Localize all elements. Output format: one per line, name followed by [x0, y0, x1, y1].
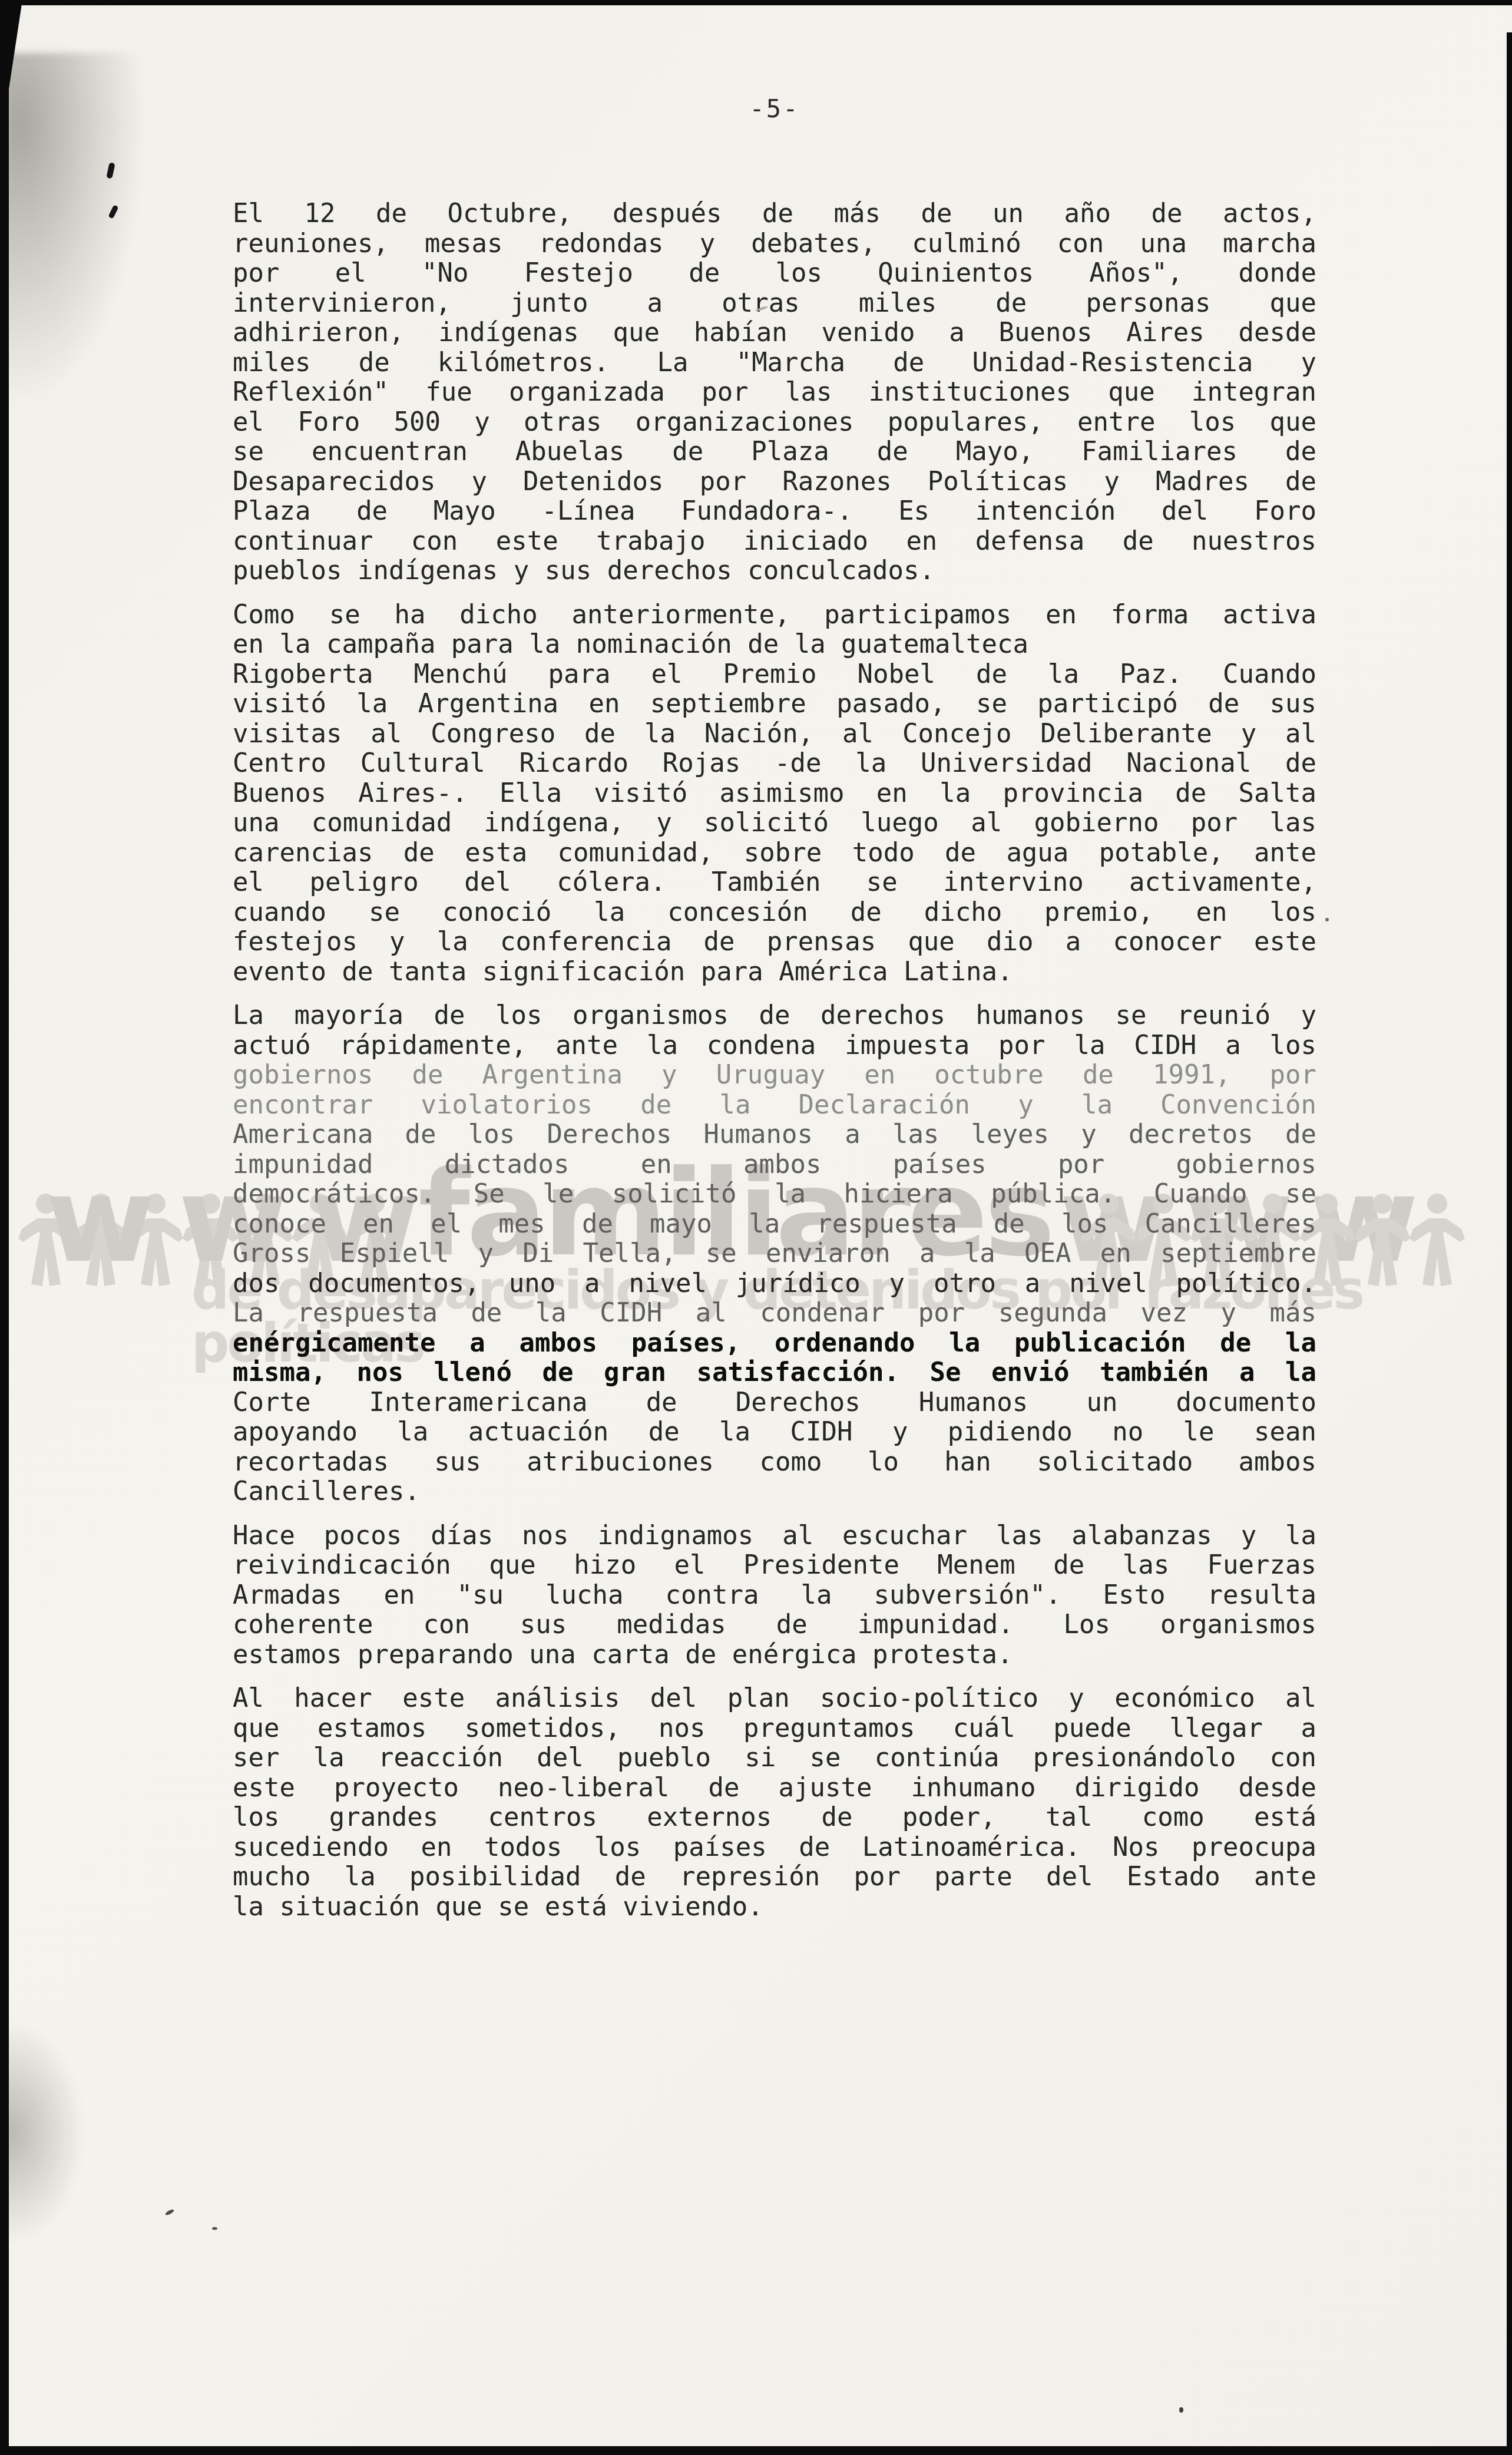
text-line: enérgicamente a ambos países, ordenando …: [233, 1329, 1316, 1359]
text-line: adhirieron, indígenas que habían venido …: [233, 318, 1316, 348]
text-line: los grandes centros externos de poder, t…: [233, 1803, 1316, 1833]
paragraph: La mayoría de los organismos de derechos…: [233, 1001, 1316, 1507]
scan-edge-top: [0, 0, 1512, 5]
text-line: El 12 de Octubre, después de más de un a…: [233, 199, 1316, 229]
scan-speck: [1179, 2407, 1183, 2413]
scan-edge-right: [1507, 32, 1512, 2455]
text-line: continuar con este trabajo iniciado en d…: [233, 527, 1316, 557]
scan-smudge-topleft: [4, 53, 145, 407]
text-line: miles de kilómetros. La "Marcha de Unida…: [233, 348, 1316, 378]
text-line: misma, nos llenó de gran satisfacción. S…: [233, 1358, 1316, 1388]
text-line: reuniones, mesas redondas y debates, cul…: [233, 229, 1316, 259]
paragraph: Al hacer este análisis del plan socio-po…: [233, 1684, 1316, 1922]
text-line: que estamos sometidos, nos preguntamos c…: [233, 1714, 1316, 1744]
text-line: evento de tanta significación para Améri…: [233, 957, 1316, 987]
text-line: encontrar violatorios de la Declaración …: [233, 1091, 1316, 1121]
text-line: sucediendo en todos los países de Latino…: [233, 1833, 1316, 1863]
text-line: Americana de los Derechos Humanos a las …: [233, 1120, 1316, 1150]
text-line: estamos preparando una carta de enérgica…: [233, 1640, 1316, 1670]
text-line: visitó la Argentina en septiembre pasado…: [233, 689, 1316, 719]
text-line: pueblos indígenas y sus derechos conculc…: [233, 556, 1316, 586]
text-line: Cancilleres.: [233, 1477, 1316, 1507]
text-line: Rigoberta Menchú para el Premio Nobel de…: [233, 660, 1316, 690]
text-line: impunidad dictados en ambos países por g…: [233, 1150, 1316, 1180]
text-line: este proyecto neo-liberal de ajuste inhu…: [233, 1773, 1316, 1803]
scan-speck: [212, 2227, 217, 2230]
text-line: cuando se conoció la concesión de dicho …: [233, 898, 1316, 928]
text-line: Al hacer este análisis del plan socio-po…: [233, 1684, 1316, 1714]
text-line: el peligro del cólera. También se interv…: [233, 868, 1316, 898]
text-line: el Foro 500 y otras organizaciones popul…: [233, 408, 1316, 438]
text-line: Como se ha dicho anteriormente, particip…: [233, 600, 1316, 630]
paragraph: Hace pocos días nos indignamos al escuch…: [233, 1521, 1316, 1670]
text-line: Armadas en "su lucha contra la subversió…: [233, 1581, 1316, 1611]
scan-edge-bottom: [0, 2446, 1512, 2455]
text-line: reivindicación que hizo el Presidente Me…: [233, 1551, 1316, 1581]
text-line: Buenos Aires-. Ella visitó asimismo en l…: [233, 779, 1316, 809]
scan-smudge-leftmid: [2, 2021, 85, 2245]
text-line: se encuentran Abuelas de Plaza de Mayo, …: [233, 437, 1316, 467]
scan-edge-left: [0, 0, 9, 2455]
text-line: dos documentos, uno a nivel jurídico y o…: [233, 1269, 1316, 1299]
text-line: La respuesta de la CIDH al condenar por …: [233, 1298, 1316, 1329]
text-line: coherente con sus medidas de impunidad. …: [233, 1610, 1316, 1640]
text-line: Gross Espiell y Di Tella, se enviaron a …: [233, 1239, 1316, 1269]
text-line: gobiernos de Argentina y Uruguay en octu…: [233, 1060, 1316, 1091]
text-line: visitas al Congreso de la Nación, al Con…: [233, 719, 1316, 749]
text-line: la situación que se está viviendo.: [233, 1892, 1316, 1922]
text-line: por el "No Festejo de los Quinientos Año…: [233, 259, 1316, 289]
text-line: Plaza de Mayo -Línea Fundadora-. Es inte…: [233, 497, 1316, 527]
scanned-document-page: www familiares www de desaparecidos y de…: [0, 0, 1512, 2455]
text-line: Reflexión" fue organizada por las instit…: [233, 378, 1316, 408]
text-line: actuó rápidamente, ante la condena impue…: [233, 1031, 1316, 1061]
text-line: ser la reacción del pueblo si se continú…: [233, 1743, 1316, 1773]
text-line: festejos y la conferencia de prensas que…: [233, 927, 1316, 957]
text-line: Centro Cultural Ricardo Rojas -de la Uni…: [233, 749, 1316, 779]
text-line: Hace pocos días nos indignamos al escuch…: [233, 1521, 1316, 1551]
text-line: apoyando la actuación de la CIDH y pidie…: [233, 1418, 1316, 1448]
paragraph: El 12 de Octubre, después de más de un a…: [233, 199, 1316, 586]
text-line: democráticos. Se le solicitó la hiciera …: [233, 1179, 1316, 1210]
text-line: Corte Interamericana de Derechos Humanos…: [233, 1388, 1316, 1418]
document-text: El 12 de Octubre, después de más de un a…: [233, 199, 1316, 1936]
page-number: -5-: [233, 94, 1316, 123]
text-line: La mayoría de los organismos de derechos…: [233, 1001, 1316, 1031]
text-line: Desaparecidos y Detenidos por Razones Po…: [233, 467, 1316, 497]
text-line: carencias de esta comunidad, sobre todo …: [233, 838, 1316, 868]
text-line: en la campaña para la nominación de la g…: [233, 630, 1316, 660]
paragraph: Como se ha dicho anteriormente, particip…: [233, 600, 1316, 987]
text-line: conoce en el mes de mayo la respuesta de…: [233, 1210, 1316, 1240]
text-line: intervinieron, junto a otras miles de pe…: [233, 289, 1316, 319]
text-line: mucho la posibilidad de represión por pa…: [233, 1862, 1316, 1892]
text-line: una comunidad indígena, y solicitó luego…: [233, 808, 1316, 838]
scan-speck: [1325, 918, 1329, 921]
text-line: recortadas sus atribuciones como lo han …: [233, 1448, 1316, 1478]
